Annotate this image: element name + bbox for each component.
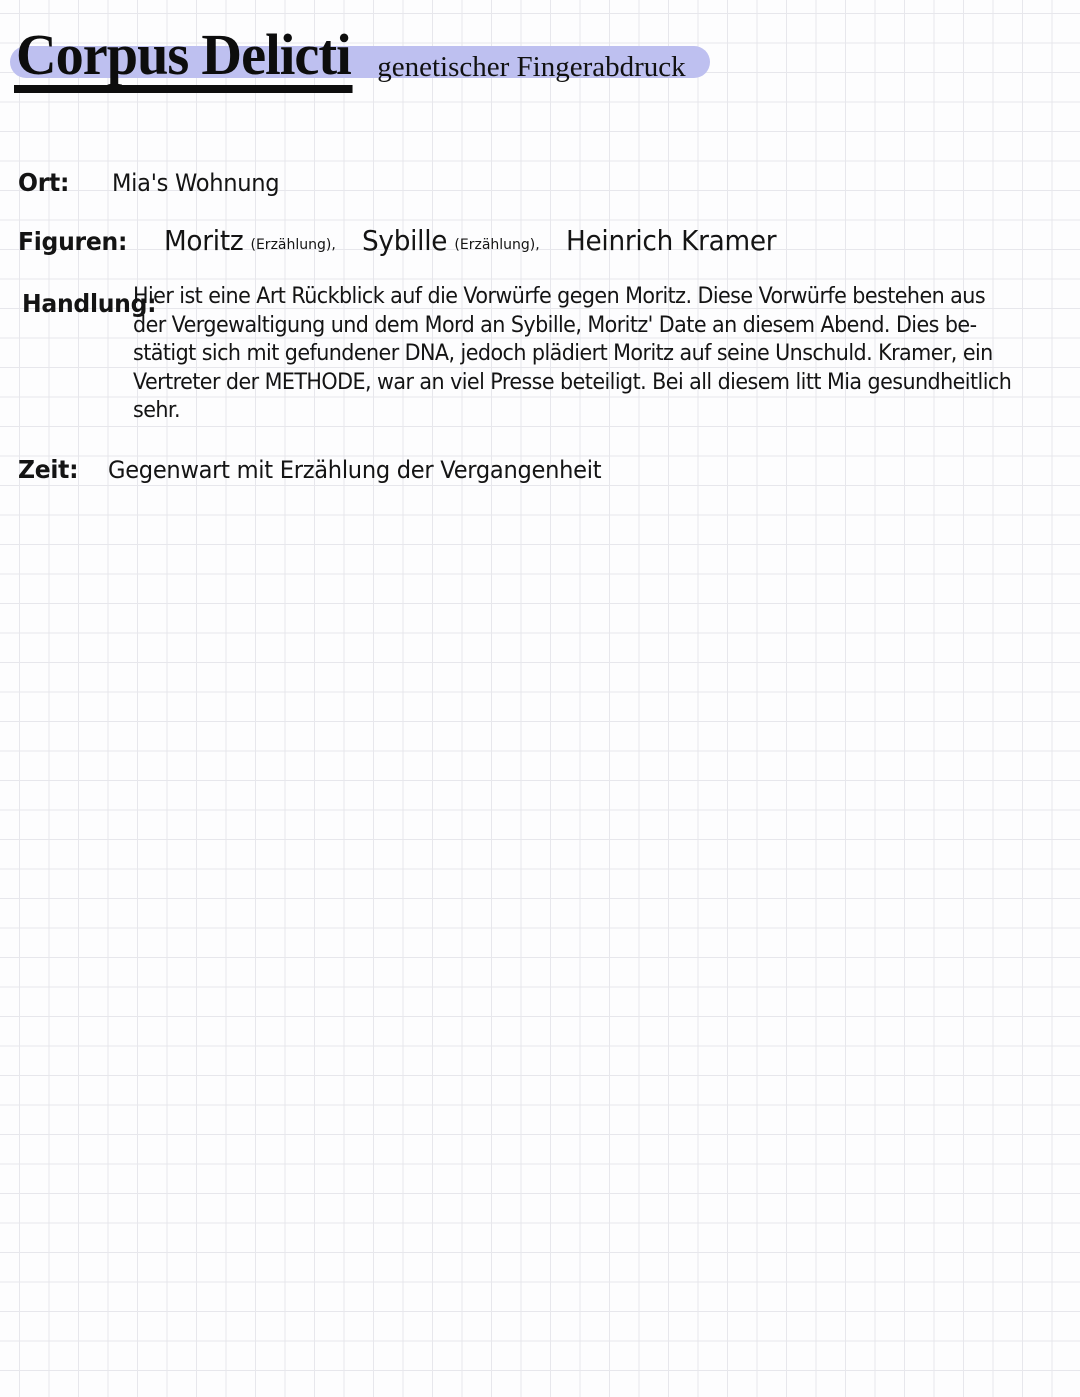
figur-entry: Sybille (Erzählung),: [362, 224, 540, 257]
figuren-label: Figuren:: [18, 227, 127, 256]
figur-entry: Heinrich Kramer: [566, 224, 792, 257]
handlung-line: sehr.: [133, 397, 1017, 426]
handlung-line: Hier ist eine Art Rückblick auf die Vorw…: [133, 283, 1017, 312]
field-figuren: Figuren: Moritz (Erzählung), Sybille (Er…: [18, 224, 791, 257]
figur-annotation: (Erzählung),: [251, 237, 336, 253]
field-ort: Ort: Mia's Wohnung: [18, 168, 290, 197]
figur-name: Heinrich Kramer: [566, 224, 776, 257]
figuren-list: Moritz (Erzählung), Sybille (Erzählung),…: [164, 224, 791, 257]
zeit-value: Gegenwart mit Erzählung der Vergangenhei…: [108, 456, 601, 484]
handlung-line: der Vergewaltigung und dem Mord an Sybil…: [133, 312, 1017, 341]
note-header: Corpus Delicti genetischer Fingerabdruck: [14, 26, 1064, 106]
figur-name: Sybille: [362, 224, 447, 257]
notebook-page: Corpus Delicti genetischer Fingerabdruck…: [0, 0, 1080, 1397]
figur-annotation: (Erzählung),: [454, 237, 539, 253]
page-subtitle: genetischer Fingerabdruck: [377, 51, 685, 84]
handlung-line: stätigt sich mit gefundener DNA, jedoch …: [133, 340, 1017, 369]
handlung-text: Hier ist eine Art Rückblick auf die Vorw…: [133, 283, 1017, 426]
figur-name: Moritz: [164, 224, 243, 257]
ort-value: Mia's Wohnung: [112, 169, 279, 197]
zeit-label: Zeit:: [18, 455, 78, 484]
figur-entry: Moritz (Erzählung),: [164, 224, 336, 257]
handlung-line: Vertreter der METHODE, war an viel Press…: [133, 369, 1017, 398]
page-title: Corpus Delicti: [14, 26, 353, 93]
ort-label: Ort:: [18, 168, 69, 197]
field-zeit: Zeit: Gegenwart mit Erzählung der Vergan…: [18, 455, 633, 484]
title-row: Corpus Delicti genetischer Fingerabdruck: [14, 26, 1064, 93]
